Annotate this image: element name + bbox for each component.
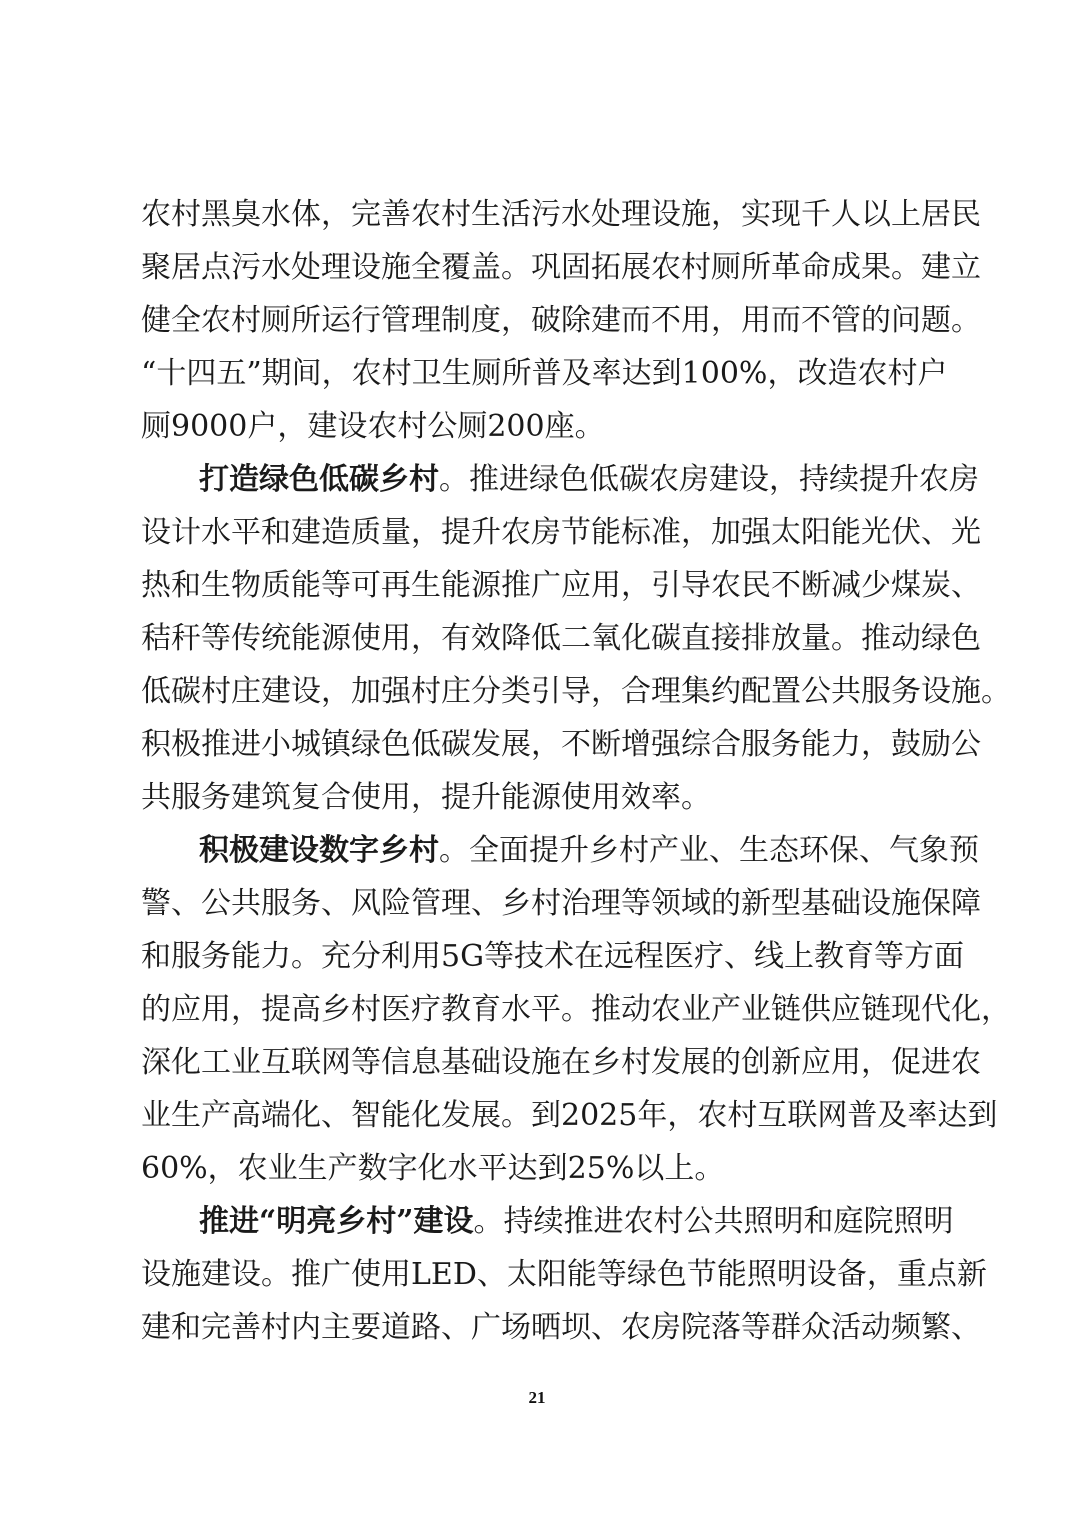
text-run: 。全面提升乡村产业、生态环保、气象预 [439, 833, 979, 868]
document-page: 农村黑臭水体，完善农村生活污水处理设施，实现千人以上居民 聚居点污水处理设施全覆… [0, 0, 1074, 1519]
text-run: 。推进绿色低碳农房建设，持续提升农房 [439, 462, 979, 497]
paragraph-heading: 打造绿色低碳乡村 [199, 462, 439, 497]
paragraph-first-line: 打造绿色低碳乡村。推进绿色低碳农房建设，持续提升农房 [199, 460, 936, 500]
text-run: 。持续推进农村公共照明和庭院照明 [474, 1204, 954, 1239]
text-line: 共服务建筑复合使用，提升能源使用效率。 [141, 778, 936, 818]
text-line: 60%，农业生产数字化水平达到25%以上。 [141, 1149, 936, 1189]
paragraph-first-line: 积极建设数字乡村。全面提升乡村产业、生态环保、气象预 [199, 831, 936, 871]
text-line: “十四五”期间，农村卫生厕所普及率达到100%，改造农村户 [141, 354, 936, 394]
text-line: 聚居点污水处理设施全覆盖。巩固拓展农村厕所革命成果。建立 [141, 248, 936, 288]
text-line: 积极推进小城镇绿色低碳发展，不断增强综合服务能力，鼓励公 [141, 725, 936, 765]
text-line: 热和生物质能等可再生能源推广应用，引导农民不断减少煤炭、 [141, 566, 936, 606]
text-line: 业生产高端化、智能化发展。到2025年，农村互联网普及率达到 [141, 1096, 936, 1136]
paragraph-heading: 推进“明亮乡村”建设 [199, 1204, 474, 1239]
text-line: 秸秆等传统能源使用，有效降低二氧化碳直接排放量。推动绿色 [141, 619, 936, 659]
text-line: 和服务能力。充分利用5G等技术在远程医疗、线上教育等方面 [141, 937, 936, 977]
paragraph-first-line: 推进“明亮乡村”建设。持续推进农村公共照明和庭院照明 [199, 1202, 936, 1242]
text-line: 深化工业互联网等信息基础设施在乡村发展的创新应用，促进农 [141, 1043, 936, 1083]
page-number: 21 [0, 1388, 1074, 1408]
text-line: 健全农村厕所运行管理制度，破除建而不用，用而不管的问题。 [141, 301, 936, 341]
paragraph-heading: 积极建设数字乡村 [199, 833, 439, 868]
text-line: 设计水平和建造质量，提升农房节能标准，加强太阳能光伏、光 [141, 513, 936, 553]
text-line: 农村黑臭水体，完善农村生活污水处理设施，实现千人以上居民 [141, 195, 936, 235]
text-line: 的应用，提高乡村医疗教育水平。推动农业产业链供应链现代化， [141, 990, 936, 1030]
text-line: 低碳村庄建设，加强村庄分类引导，合理集约配置公共服务设施。 [141, 672, 936, 712]
text-line: 警、公共服务、风险管理、乡村治理等领域的新型基础设施保障 [141, 884, 936, 924]
text-line: 建和完善村内主要道路、广场晒坝、农房院落等群众活动频繁、 [141, 1308, 936, 1348]
text-line: 设施建设。推广使用LED、太阳能等绿色节能照明设备，重点新 [141, 1255, 936, 1295]
text-line: 厕9000户，建设农村公厕200座。 [141, 407, 936, 447]
